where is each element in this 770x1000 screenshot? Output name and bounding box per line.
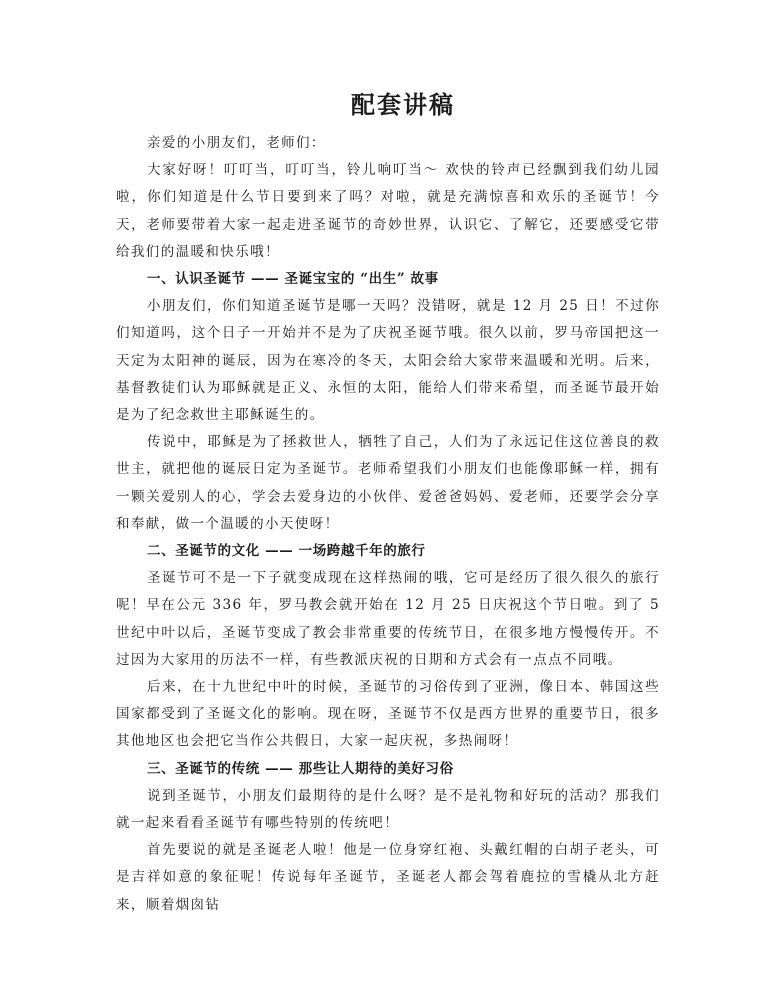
body-paragraph: 后来，在十九世纪中叶的时候，圣诞节的习俗传到了亚洲，像日本、韩国这些国家都受到了… — [116, 674, 660, 756]
document-page: 配套讲稿 亲爱的小朋友们，老师们： 大家好呀！叮叮当，叮叮当，铃儿响叮当～ 欢快… — [116, 88, 660, 919]
section-heading-1: 一、认识圣诞节 —— 圣诞宝宝的 “出生” 故事 — [116, 266, 660, 293]
body-paragraph: 小朋友们，你们知道圣诞节是哪一天吗？没错呀，就是 12 月 25 日！不过你们知… — [116, 293, 660, 429]
body-paragraph: 圣诞节可不是一下子就变成现在这样热闹的哦，它可是经历了很久很久的旅行呢！早在公元… — [116, 565, 660, 674]
section-heading-2: 二、圣诞节的文化 —— 一场跨越千年的旅行 — [116, 538, 660, 565]
greeting-paragraph: 亲爱的小朋友们，老师们： — [116, 130, 660, 157]
section-heading-3: 三、圣诞节的传统 —— 那些让人期待的美好习俗 — [116, 756, 660, 783]
body-paragraph: 首先要说的就是圣诞老人啦！他是一位身穿红袍、头戴红帽的白胡子老头，可是吉祥如意的… — [116, 837, 660, 919]
document-title: 配套讲稿 — [116, 88, 660, 122]
body-paragraph: 说到圣诞节，小朋友们最期待的是什么呀？是不是礼物和好玩的活动？那我们就一起来看看… — [116, 783, 660, 837]
intro-paragraph: 大家好呀！叮叮当，叮叮当，铃儿响叮当～ 欢快的铃声已经飘到我们幼儿园啦，你们知道… — [116, 157, 660, 266]
body-paragraph: 传说中，耶稣是为了拯救世人，牺牲了自己，人们为了永远记住这位善良的救世主，就把他… — [116, 429, 660, 538]
